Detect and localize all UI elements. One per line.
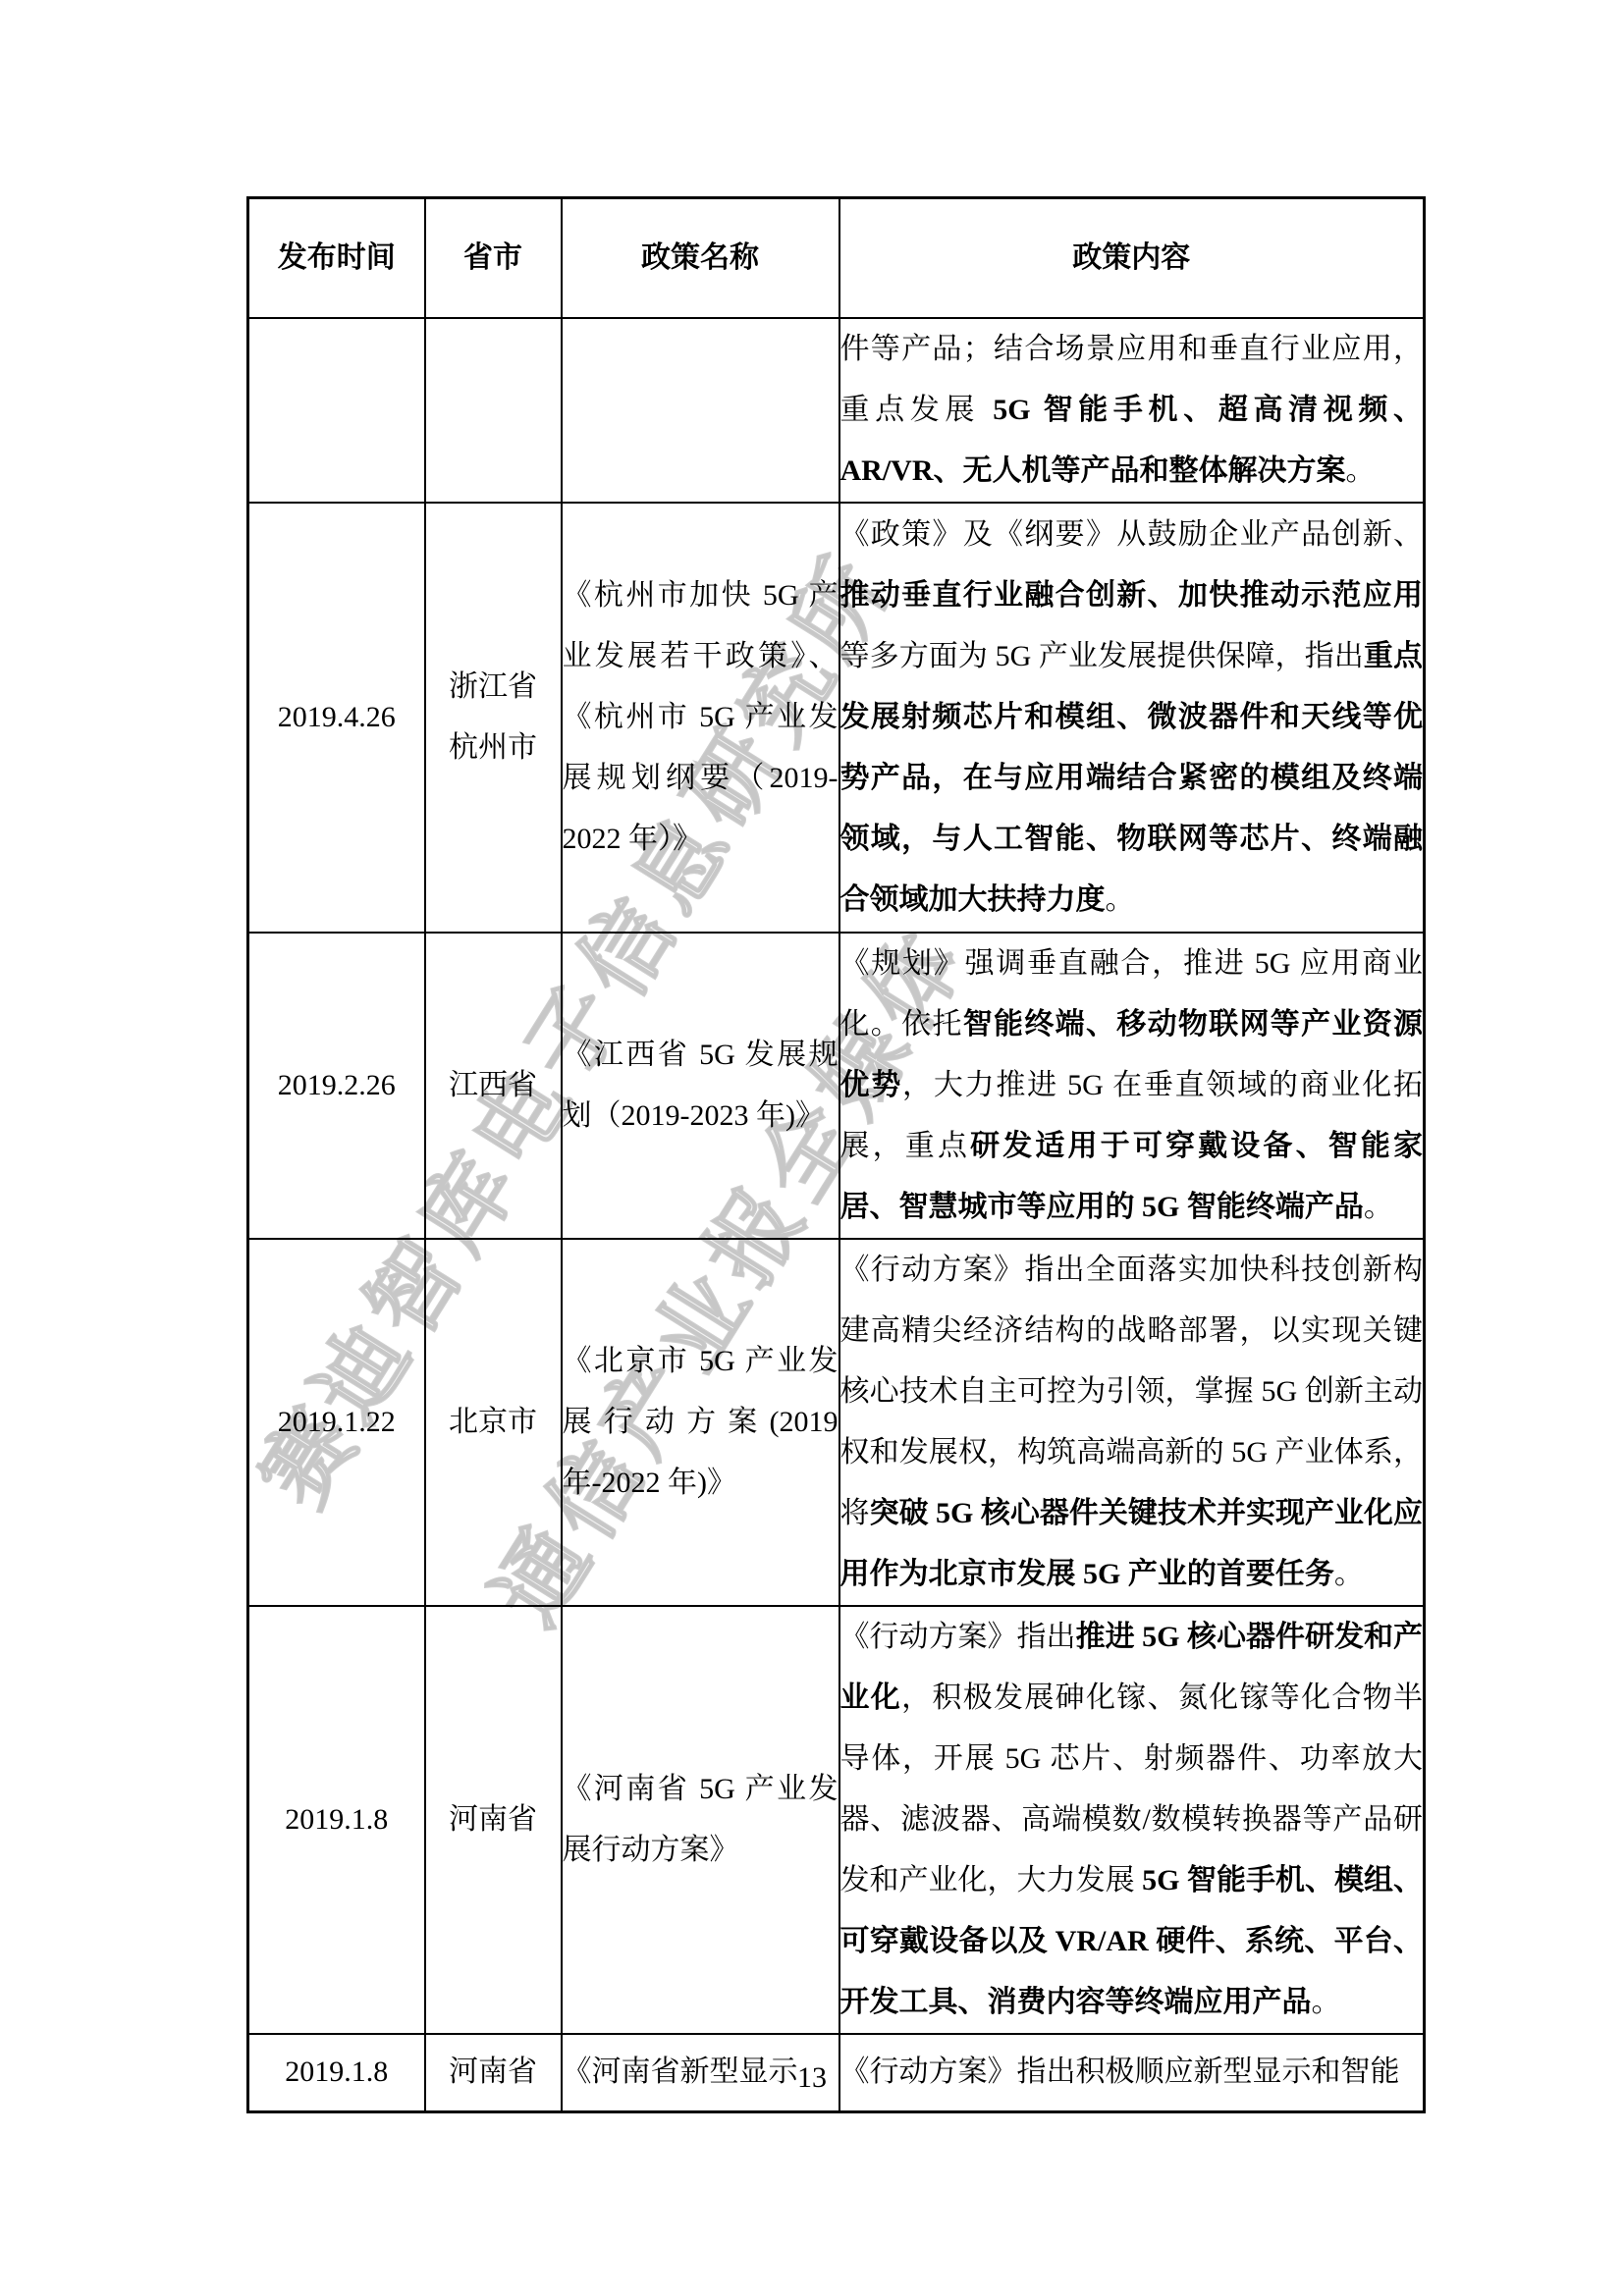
cell-policy-content: 《行动方案》指出推进 5G 核心器件研发和产业化，积极发展砷化镓、氮化镓等化合物…	[839, 1606, 1425, 2034]
cell-date	[248, 318, 425, 503]
cell-province: 江西省	[425, 933, 562, 1239]
table-row: 2019.4.26 浙江省 杭州市 《杭州市加快 5G 产业发展若干政策》、《杭…	[248, 503, 1425, 933]
table-row: 2019.2.26 江西省 《江西省 5G 发展规划（2019-2023 年)》…	[248, 933, 1425, 1239]
policy-table: 发布时间 省市 政策名称 政策内容 件等产品；结合场景应用和垂直行业应用，重点发…	[246, 196, 1426, 2113]
cell-policy-name	[562, 318, 839, 503]
cell-policy-name: 《江西省 5G 发展规划（2019-2023 年)》	[562, 933, 839, 1239]
header-policy-name: 政策名称	[562, 198, 839, 318]
cell-date: 2019.1.8	[248, 1606, 425, 2034]
cell-policy-name: 《杭州市加快 5G 产业发展若干政策》、《杭州市 5G 产业发展规划纲要（201…	[562, 503, 839, 933]
cell-province: 河南省	[425, 1606, 562, 2034]
cell-date: 2019.1.22	[248, 1239, 425, 1606]
cell-policy-name: 《北京市 5G 产业发展行动方案(2019年-2022 年)》	[562, 1239, 839, 1606]
table-row: 2019.1.22 北京市 《北京市 5G 产业发展行动方案(2019年-202…	[248, 1239, 1425, 1606]
cell-province	[425, 318, 562, 503]
cell-date: 2019.2.26	[248, 933, 425, 1239]
cell-date: 2019.4.26	[248, 503, 425, 933]
cell-province: 浙江省 杭州市	[425, 503, 562, 933]
header-publish-date: 发布时间	[248, 198, 425, 318]
table-row: 2019.1.8 河南省 《河南省 5G 产业发展行动方案》 《行动方案》指出推…	[248, 1606, 1425, 2034]
table-header-row: 发布时间 省市 政策名称 政策内容	[248, 198, 1425, 318]
cell-policy-content: 《行动方案》指出全面落实加快科技创新构建高精尖经济结构的战略部署，以实现关键核心…	[839, 1239, 1425, 1606]
header-policy-content: 政策内容	[839, 198, 1425, 318]
page-number: 13	[0, 2061, 1624, 2095]
cell-policy-content: 《规划》强调垂直融合，推进 5G 应用商业化。依托智能终端、移动物联网等产业资源…	[839, 933, 1425, 1239]
table-row: 件等产品；结合场景应用和垂直行业应用，重点发展 5G 智能手机、超高清视频、AR…	[248, 318, 1425, 503]
header-province: 省市	[425, 198, 562, 318]
cell-policy-content: 《政策》及《纲要》从鼓励企业产品创新、推动垂直行业融合创新、加快推动示范应用等多…	[839, 503, 1425, 933]
cell-policy-content: 件等产品；结合场景应用和垂直行业应用，重点发展 5G 智能手机、超高清视频、AR…	[839, 318, 1425, 503]
cell-policy-name: 《河南省 5G 产业发展行动方案》	[562, 1606, 839, 2034]
cell-province: 北京市	[425, 1239, 562, 1606]
